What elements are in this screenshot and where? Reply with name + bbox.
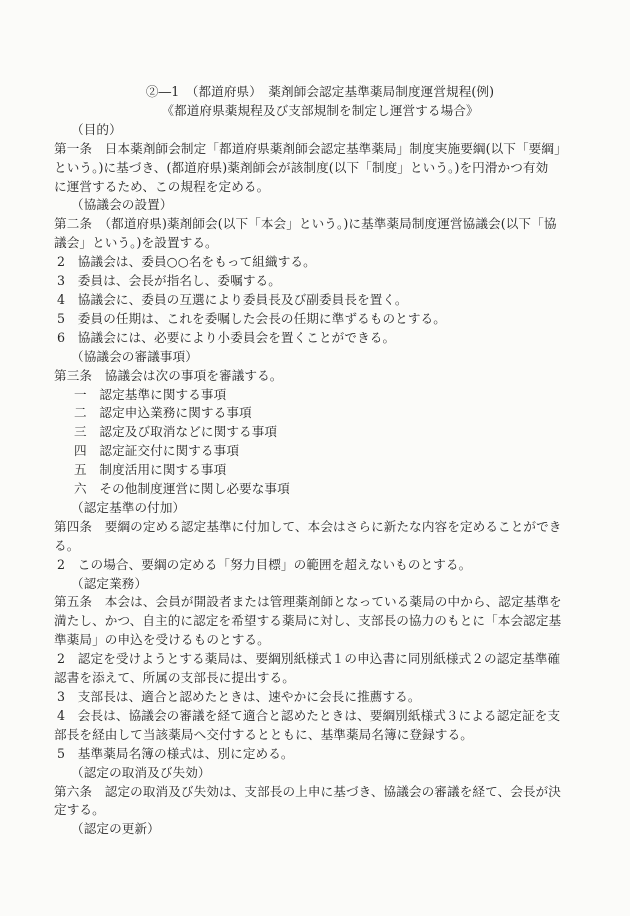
document-line: 認書を添えて、所属の支部長に提出する。 (53, 669, 587, 688)
document-line: 部長を経由して当該薬局へ交付するとともに、基準薬局名簿に登録する。 (53, 726, 587, 745)
document-line: 2 認定を受けようとする薬局は、要綱別紙様式１の申込書に同別紙様式２の認定基準確 (53, 650, 587, 669)
document-line: 三 認定及び取消などに関する事項 (53, 423, 587, 442)
document-line: 4 協議会に、委員の互選により委員長及び副委員長を置く。 (53, 291, 587, 310)
document-line: 二 認定申込業務に関する事項 (53, 404, 587, 423)
document-line: 5 基準薬局名簿の様式は、別に定める。 (53, 745, 587, 764)
document-line: 第一条 日本薬剤師会制定「都道府県薬剤師会認定基準薬局」制度実施要綱(以下「要綱… (53, 140, 587, 159)
document-page: ②―1 （都道府県） 薬剤師会認定基準薬局制度運営規程(例) 《都道府県薬規程及… (0, 0, 630, 916)
document-line: 五 制度活用に関する事項 (53, 461, 587, 480)
document-line: （認定の更新） (53, 820, 587, 839)
document-line: 第三条 協議会は次の事項を審議する。 (53, 367, 587, 386)
document-line: 準薬局」の申込を受けるものとする。 (53, 631, 587, 650)
document-line: に運営するため、この規程を定める。 (53, 178, 587, 197)
document-line: 第五条 本会は、会員が開設者または管理薬剤師となっている薬局の中から、認定基準を (53, 593, 587, 612)
document-line: 四 認定証交付に関する事項 (53, 442, 587, 461)
document-line: 3 委員は、会長が指名し、委嘱する。 (53, 272, 587, 291)
document-line: 議会」という。)を設置する。 (53, 234, 587, 253)
document-line: （協議会の設置） (53, 196, 587, 215)
document-line: 4 会長は、協議会の審議を経て適合と認めたときは、要綱別紙様式３による認定証を支 (53, 707, 587, 726)
document-line: 2 この場合、要綱の定める「努力目標」の範囲を超えないものとする。 (53, 556, 587, 575)
document-subtitle: 《都道府県薬規程及び支部規制を制定し運営する場合》 (53, 102, 587, 121)
document-line: 第二条 （都道府県)薬剤師会(以下「本会」という。)に基準薬局制度運営協議会(以… (53, 215, 587, 234)
document-line: （認定の取消及び失効） (53, 764, 587, 783)
document-line: という。)に基づき、(都道府県)薬剤師会が該制度(以下「制度」という。)を円滑か… (53, 159, 587, 178)
document-line: 満たし、かつ、自主的に認定を希望する薬局に対し、支部長の協力のもとに「本会認定基 (53, 612, 587, 631)
document-line: 第六条 認定の取消及び失効は、支部長の上申に基づき、協議会の審議を経て、会長が決 (53, 783, 587, 802)
document-line: （認定業務） (53, 575, 587, 594)
document-line: 3 支部長は、適合と認めたときは、速やかに会長に推薦する。 (53, 688, 587, 707)
document-line: （目的） (53, 121, 587, 140)
document-line: 2 協議会は、委員○○名をもって組織する。 (53, 253, 587, 272)
document-line: る。 (53, 537, 587, 556)
document-title: ②―1 （都道府県） 薬剤師会認定基準薬局制度運営規程(例) (53, 83, 587, 102)
document-line: （認定基準の付加） (53, 499, 587, 518)
document-line: 5 委員の任期は、これを委嘱した会長の任期に準ずるものとする。 (53, 310, 587, 329)
document-line: （協議会の審議事項） (53, 348, 587, 367)
document-line: 6 協議会には、必要により小委員会を置くことができる。 (53, 329, 587, 348)
document-line: 一 認定基準に関する事項 (53, 386, 587, 405)
document-content: ②―1 （都道府県） 薬剤師会認定基準薬局制度運営規程(例) 《都道府県薬規程及… (53, 83, 587, 839)
document-body: （目的）第一条 日本薬剤師会制定「都道府県薬剤師会認定基準薬局」制度実施要綱(以… (53, 121, 587, 839)
document-line: 定する。 (53, 801, 587, 820)
document-line: 第四条 要綱の定める認定基準に付加して、本会はさらに新たな内容を定めることができ (53, 518, 587, 537)
document-line: 六 その他制度運営に関し必要な事項 (53, 480, 587, 499)
